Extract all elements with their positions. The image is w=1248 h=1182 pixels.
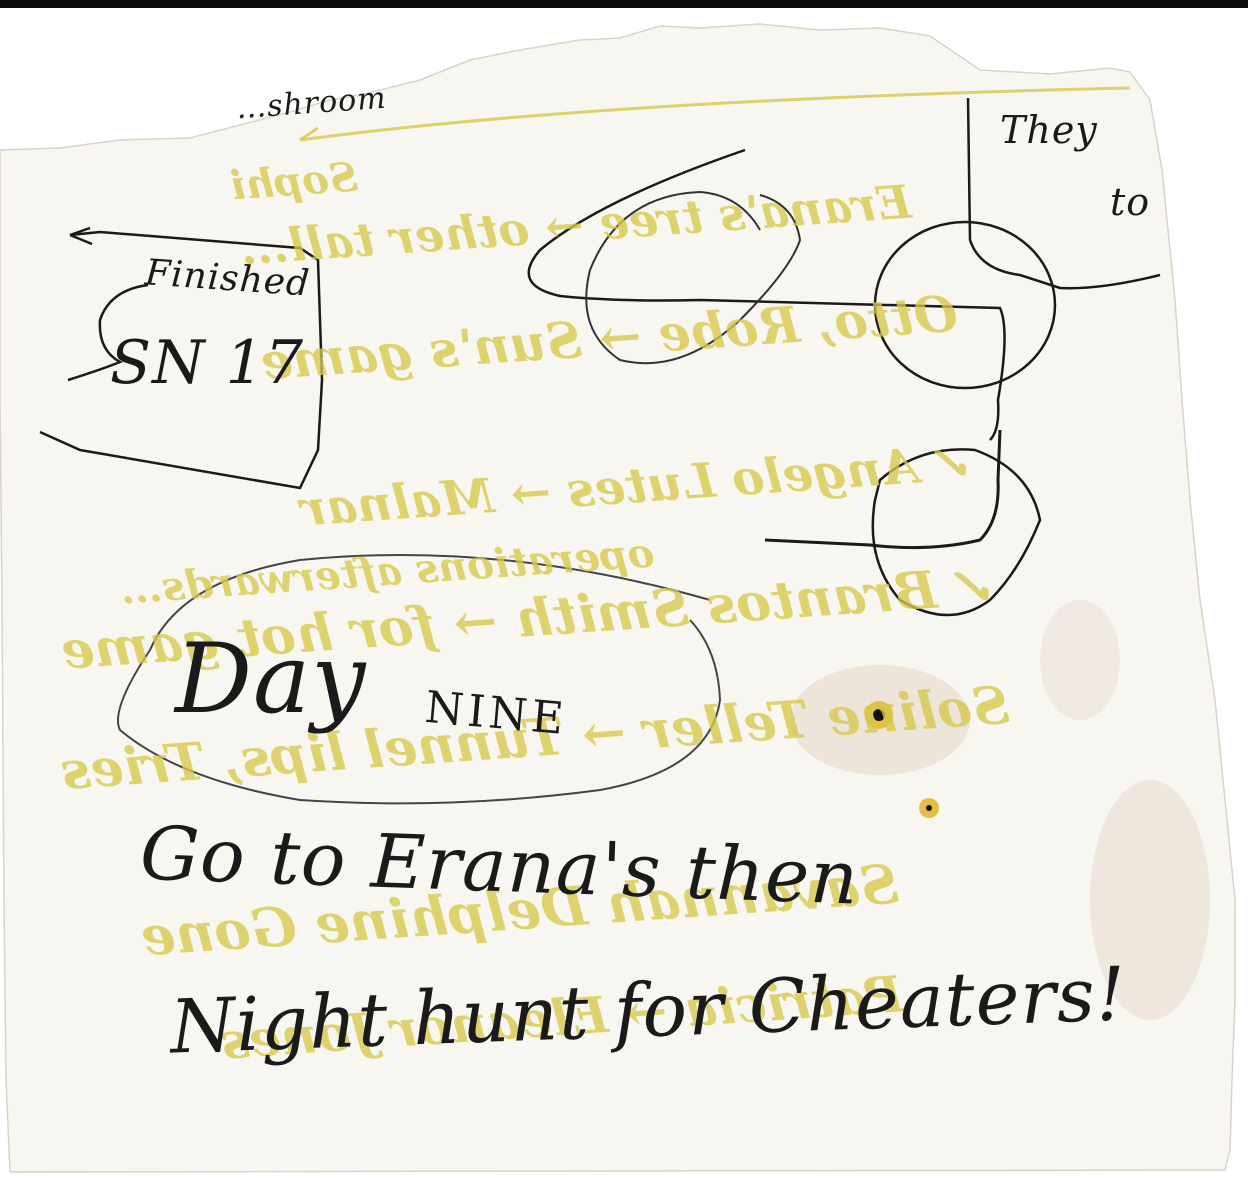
ink-dot [926, 805, 932, 811]
box-sn-text: SN 17 [110, 328, 304, 398]
scan-top-border [0, 0, 1248, 8]
bleed-text: Sophi [229, 154, 360, 210]
scanned-note: Sophi Erana's tree → other tall... Otto,… [0, 8, 1248, 1182]
top-right-text: to [1110, 180, 1150, 224]
stain [1040, 600, 1120, 720]
day-word: Day [175, 623, 366, 735]
top-right-text: They [1000, 108, 1098, 152]
